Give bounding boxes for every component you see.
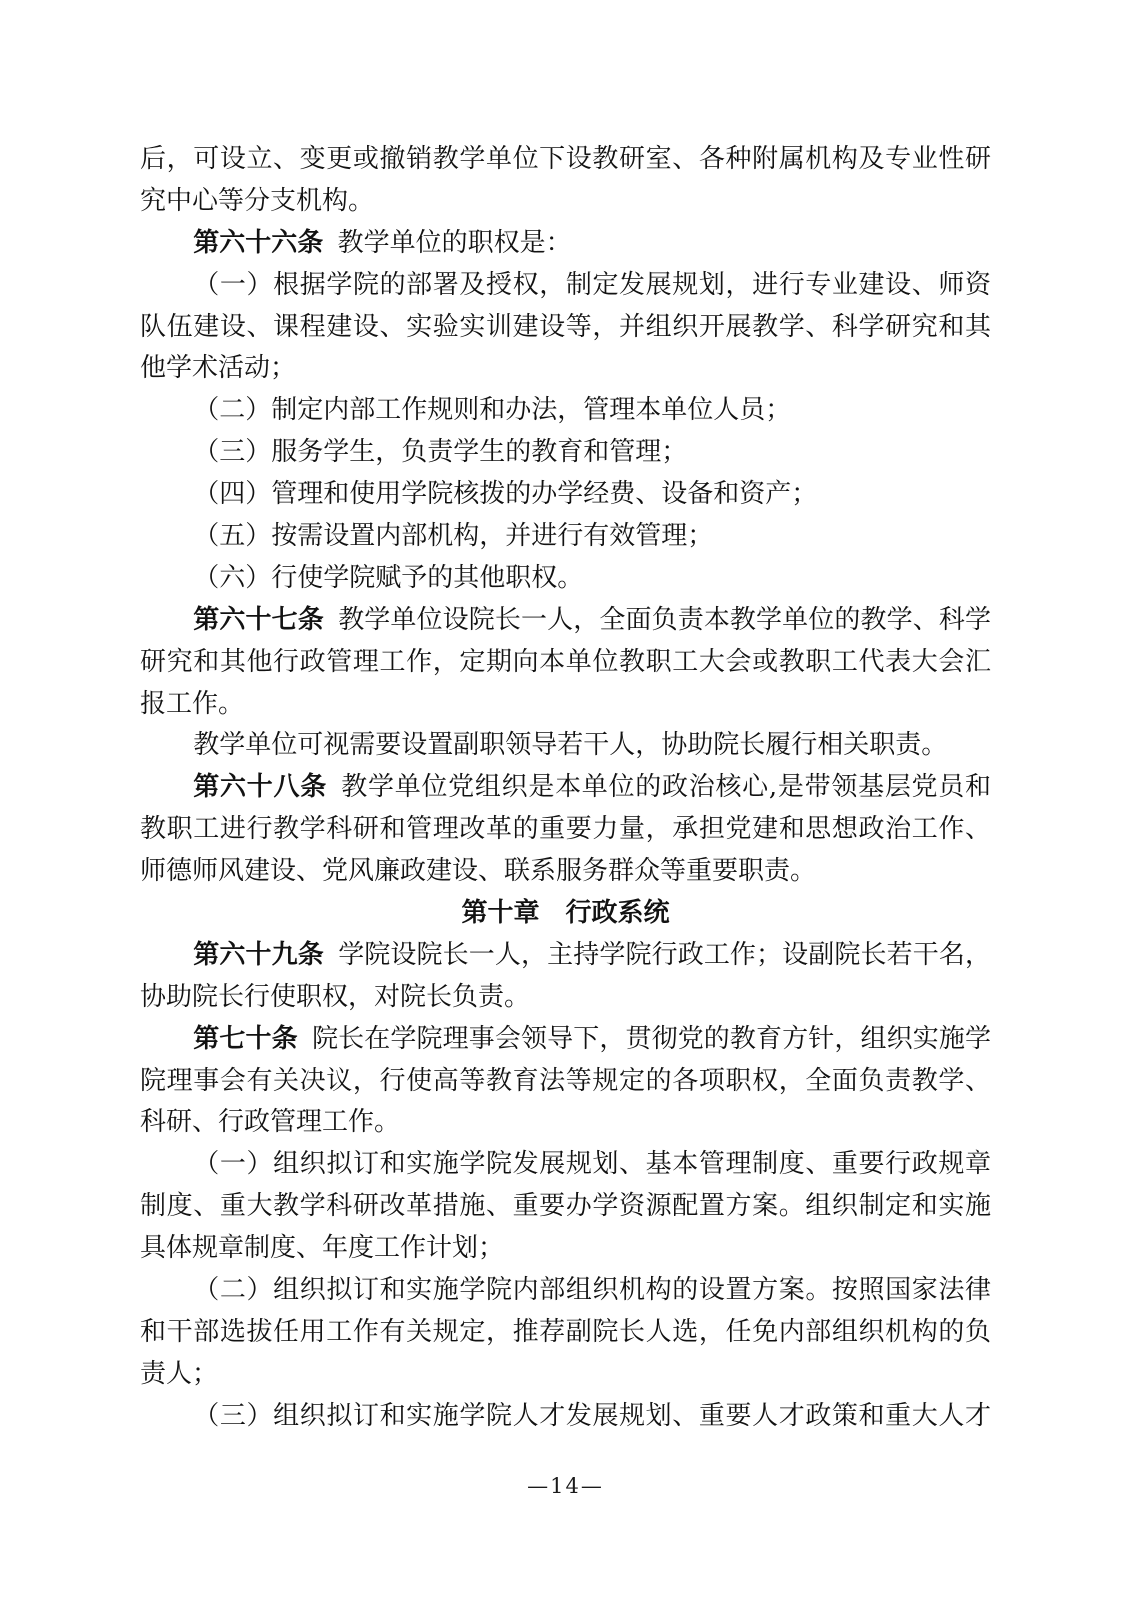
text-line: 他学术活动； — [140, 348, 991, 390]
text-line: 制度、重大教学科研改革措施、重要办学资源配置方案。组织制定和实施 — [140, 1186, 991, 1228]
line-text: 和干部选拔任用工作有关规定，推荐副院长人选，任免内部组织机构的负 — [140, 1317, 991, 1347]
document-body: 后，可设立、变更或撤销教学单位下设教研室、各种附属机构及专业性研究中心等分支机构… — [140, 139, 991, 1438]
line-text: 研究和其他行政管理工作，定期向本单位教职工大会或教职工代表大会汇 — [140, 647, 991, 677]
text-line: 第六十九条学院设院长一人，主持学院行政工作；设副院长若干名， — [140, 935, 991, 977]
text-line: 究中心等分支机构。 — [140, 181, 991, 223]
line-text: （一）根据学院的部署及授权，制定发展规划，进行专业建设、师资 — [193, 270, 991, 300]
line-text: 教学单位党组织是本单位的政治核心,是带领基层党员和 — [341, 772, 991, 802]
text-line: （四）管理和使用学院核拨的办学经费、设备和资产； — [140, 474, 991, 516]
text-line: 责人； — [140, 1354, 991, 1396]
line-text: 院长在学院理事会领导下，贯彻党的教育方针，组织实施学 — [312, 1024, 991, 1054]
text-line: 科研、行政管理工作。 — [140, 1102, 991, 1144]
text-line: 和干部选拔任用工作有关规定，推荐副院长人选，任免内部组织机构的负 — [140, 1312, 991, 1354]
line-text: 教职工进行教学科研和管理改革的重要力量，承担党建和思想政治工作、 — [140, 814, 991, 844]
text-line: 师德师风建设、党风廉政建设、联系服务群众等重要职责。 — [140, 851, 991, 893]
text-line: （五）按需设置内部机构，并进行有效管理； — [140, 516, 991, 558]
text-line: （三）服务学生，负责学生的教育和管理； — [140, 432, 991, 474]
text-line: 报工作。 — [140, 684, 991, 726]
text-line: （六）行使学院赋予的其他职权。 — [140, 558, 991, 600]
text-line: 第六十七条教学单位设院长一人，全面负责本教学单位的教学、科学 — [140, 600, 991, 642]
text-line: （一）组织拟订和实施学院发展规划、基本管理制度、重要行政规章 — [140, 1144, 991, 1186]
line-text: 第十章 行政系统 — [461, 898, 669, 928]
text-line: 第六十六条教学单位的职权是： — [140, 223, 991, 265]
line-text: （二）组织拟订和实施学院内部组织机构的设置方案。按照国家法律 — [193, 1275, 991, 1305]
text-line: 第七十条院长在学院理事会领导下，贯彻党的教育方针，组织实施学 — [140, 1019, 991, 1061]
line-text: （二）制定内部工作规则和办法，管理本单位人员； — [193, 395, 791, 425]
line-text: 教学单位设院长一人，全面负责本教学单位的教学、科学 — [338, 605, 991, 635]
text-line: 队伍建设、课程建设、实验实训建设等，并组织开展教学、科学研究和其 — [140, 307, 991, 349]
line-text: （五）按需设置内部机构，并进行有效管理； — [193, 521, 713, 551]
text-line: 教学单位可视需要设置副职领导若干人，协助院长履行相关职责。 — [140, 725, 991, 767]
text-line: 协助院长行使职权，对院长负责。 — [140, 977, 991, 1019]
line-text: 具体规章制度、年度工作计划； — [140, 1233, 504, 1263]
document-page: 后，可设立、变更或撤销教学单位下设教研室、各种附属机构及专业性研究中心等分支机构… — [0, 0, 1131, 1600]
line-text: 科研、行政管理工作。 — [140, 1107, 400, 1137]
article-number-label: 第七十条 — [193, 1024, 297, 1054]
line-text: 师德师风建设、党风廉政建设、联系服务群众等重要职责。 — [140, 856, 816, 886]
chapter-heading: 第十章 行政系统 — [140, 893, 991, 935]
text-line: （一）根据学院的部署及授权，制定发展规划，进行专业建设、师资 — [140, 265, 991, 307]
line-text: 协助院长行使职权，对院长负责。 — [140, 982, 530, 1012]
line-text: 学院设院长一人，主持学院行政工作；设副院长若干名， — [338, 940, 991, 970]
line-text: （三）服务学生，负责学生的教育和管理； — [193, 437, 687, 467]
article-number-label: 第六十八条 — [193, 772, 327, 802]
article-number-label: 第六十九条 — [193, 940, 324, 970]
line-text: 教学单位可视需要设置副职领导若干人，协助院长履行相关职责。 — [193, 730, 947, 760]
line-text: 责人； — [140, 1359, 218, 1389]
article-number-label: 第六十六条 — [193, 228, 323, 258]
line-text: 后，可设立、变更或撤销教学单位下设教研室、各种附属机构及专业性研 — [140, 144, 991, 174]
text-line: （二）组织拟订和实施学院内部组织机构的设置方案。按照国家法律 — [140, 1270, 991, 1312]
page-number: —14— — [0, 1474, 1131, 1506]
text-line: 院理事会有关决议，行使高等教育法等规定的各项职权，全面负责教学、 — [140, 1061, 991, 1103]
line-text: （四）管理和使用学院核拨的办学经费、设备和资产； — [193, 479, 817, 509]
line-text: （三）组织拟订和实施学院人才发展规划、重要人才政策和重大人才 — [193, 1401, 991, 1431]
text-line: 第六十八条教学单位党组织是本单位的政治核心,是带领基层党员和 — [140, 767, 991, 809]
text-line: 研究和其他行政管理工作，定期向本单位教职工大会或教职工代表大会汇 — [140, 642, 991, 684]
text-line: 教职工进行教学科研和管理改革的重要力量，承担党建和思想政治工作、 — [140, 809, 991, 851]
line-text: 究中心等分支机构。 — [140, 186, 374, 216]
line-text: （一）组织拟订和实施学院发展规划、基本管理制度、重要行政规章 — [193, 1149, 991, 1179]
line-text: 制度、重大教学科研改革措施、重要办学资源配置方案。组织制定和实施 — [140, 1191, 991, 1221]
line-text: 报工作。 — [140, 689, 244, 719]
line-text: 队伍建设、课程建设、实验实训建设等，并组织开展教学、科学研究和其 — [140, 312, 991, 342]
text-line: （二）制定内部工作规则和办法，管理本单位人员； — [140, 390, 991, 432]
article-number-label: 第六十七条 — [193, 605, 324, 635]
line-text: 他学术活动； — [140, 353, 296, 383]
text-line: 后，可设立、变更或撤销教学单位下设教研室、各种附属机构及专业性研 — [140, 139, 991, 181]
line-text: 院理事会有关决议，行使高等教育法等规定的各项职权，全面负责教学、 — [140, 1066, 991, 1096]
line-text: （六）行使学院赋予的其他职权。 — [193, 563, 583, 593]
text-line: （三）组织拟订和实施学院人才发展规划、重要人才政策和重大人才 — [140, 1396, 991, 1438]
text-line: 具体规章制度、年度工作计划； — [140, 1228, 991, 1270]
line-text: 教学单位的职权是： — [338, 228, 572, 258]
